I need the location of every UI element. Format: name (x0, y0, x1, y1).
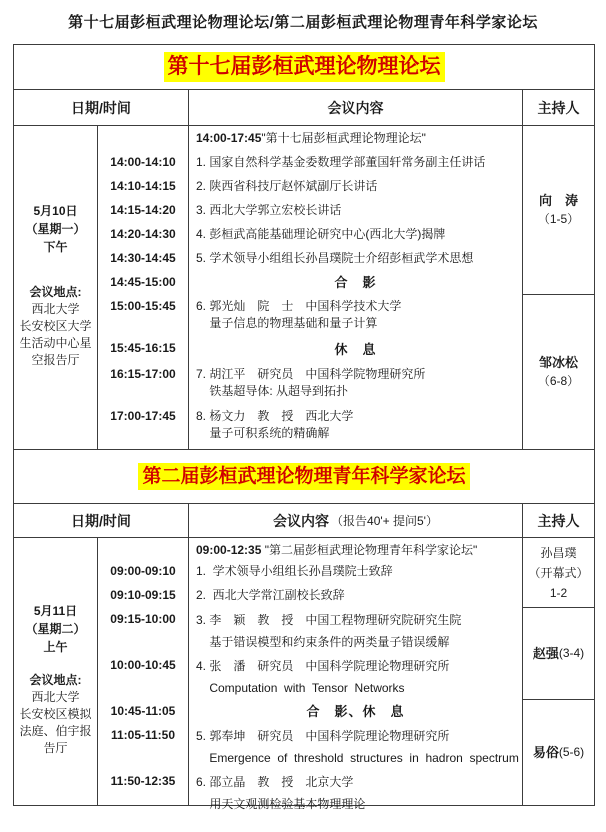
forum2-column-header-row: 日期/时间 会议内容（报告40'+ 提问5'） 主持人 (14, 504, 594, 538)
forum2-date-cell: 5月11日 （星期二） 上午 会议地点: 西北大学 长安校区模拟 法庭、伯宇报 … (14, 538, 98, 805)
agenda-item: 1. 学术领导小组组长孙昌璞院士致辞 (188, 559, 522, 583)
time-cell: 14:45-15:00 (98, 270, 188, 294)
agenda-item: 7. 胡江平 研究员 中国科学院物理研究所 铁基超导体: 从超导到拓扑 (188, 362, 522, 404)
time-cell: 09:15-10:00 (98, 607, 188, 653)
break-photo-rest: 合 影、休 息 (188, 699, 522, 723)
time-cell: 09:10-09:15 (98, 583, 188, 607)
agenda-item: 4. 彭桓武高能基础理论研究中心(西北大学)揭牌 (188, 222, 522, 246)
host-cell-yisu: 易俗(5-6) (522, 699, 594, 805)
agenda-item: 1. 国家自然科学基金委数理学部董国轩常务副主任讲话 (188, 150, 522, 174)
column-header-host: 主持人 (522, 504, 594, 537)
session-date: 5月10日 （星期一） 下午 (14, 202, 97, 256)
time-cell: 14:15-14:20 (98, 198, 188, 222)
page-title: 第十七届彭桓武理论物理论坛/第二届彭桓武理论物理青年科学家论坛 (0, 0, 606, 32)
column-header-host: 主持人 (522, 90, 594, 125)
forum2-title-row: 第二届彭桓武理论物理青年科学家论坛 (14, 450, 594, 504)
time-cell: 09:00-09:10 (98, 559, 188, 583)
conference-program-page: 第十七届彭桓武理论物理论坛/第二届彭桓武理论物理青年科学家论坛 第十七届彭桓武理… (0, 0, 606, 832)
forum17-column-header-row: 日期/时间 会议内容 主持人 (14, 90, 594, 126)
time-cell: 10:45-11:05 (98, 699, 188, 723)
time-cell: 14:10-14:15 (98, 174, 188, 198)
session-venue: 会议地点: 西北大学 长安校区模拟 法庭、伯宇报 告厅 (14, 672, 97, 757)
content-header-note: （报告40'+ 提问5'） (331, 512, 438, 529)
time-cell: 15:45-16:15 (98, 336, 188, 362)
schedule-intro-line: 09:00-12:35 "第二届彭桓武理论物理青年科学家论坛" (188, 538, 522, 559)
agenda-item: 3. 李 颖 教 授 中国工程物理研究院研究生院 基于错误模型和约束条件的两类量… (188, 607, 522, 653)
host-cell-sunchangpu: 孙昌璞 （开幕式） 1-2 (522, 538, 594, 607)
forum17-body: 5月10日 （星期一） 下午 会议地点: 西北大学 长安校区大学 生活动中心星 … (14, 126, 594, 450)
agenda-item: 6. 邵立晶 教 授 北京大学 用天文观测检验基本物理理论 (188, 769, 522, 805)
time-cell: 10:00-10:45 (98, 653, 188, 699)
time-cell: 17:00-17:45 (98, 404, 188, 449)
time-cell: 11:50-12:35 (98, 769, 188, 805)
time-cell: 14:00-14:10 (98, 150, 188, 174)
forum2-title-highlight: 第二届彭桓武理论物理青年科学家论坛 (138, 463, 469, 491)
agenda-item: 5. 郭奉坤 研究员 中国科学院理论物理研究所 Emergence of thr… (188, 723, 522, 769)
session-venue: 会议地点: 西北大学 长安校区大学 生活动中心星 空报告厅 (14, 284, 97, 369)
forum17-date-cell: 5月10日 （星期一） 下午 会议地点: 西北大学 长安校区大学 生活动中心星 … (14, 126, 98, 449)
column-header-datetime: 日期/时间 (14, 504, 188, 537)
agenda-item: 8. 杨文力 教 授 西北大学 量子可积系统的精确解 (188, 404, 522, 449)
agenda-item: 2. 陕西省科技厅赵怀斌副厅长讲话 (188, 174, 522, 198)
schedule-intro-line: 14:00-17:45"第十七届彭桓武理论物理论坛" (188, 126, 522, 150)
host-cell-xiangtao: 向 涛 （1-5） (522, 126, 594, 294)
forum17-title-highlight: 第十七届彭桓武理论物理论坛 (164, 52, 445, 82)
agenda-item: 2. 西北大学常江副校长致辞 (188, 583, 522, 607)
agenda-item: 4. 张 潘 研究员 中国科学院理论物理研究所 Computation with… (188, 653, 522, 699)
schedule-table: 第十七届彭桓武理论物理论坛 日期/时间 会议内容 主持人 5月10日 （星期一）… (13, 44, 595, 806)
break-rest: 休 息 (188, 336, 522, 362)
column-header-content: 会议内容 (188, 90, 522, 125)
session-date: 5月11日 （星期二） 上午 (14, 602, 97, 656)
host-cell-zhaoqiang: 赵强(3-4) (522, 607, 594, 699)
forum17-title-row: 第十七届彭桓武理论物理论坛 (14, 45, 594, 90)
time-cell: 14:20-14:30 (98, 222, 188, 246)
column-header-datetime: 日期/时间 (14, 90, 188, 125)
agenda-item: 5. 学术领导小组组长孙昌璞院士介绍彭桓武学术思想 (188, 246, 522, 270)
agenda-item: 3. 西北大学郭立宏校长讲话 (188, 198, 522, 222)
agenda-item: 6. 郭光灿 院 士 中国科学技术大学 量子信息的物理基础和量子计算 (188, 294, 522, 336)
time-cell: 11:05-11:50 (98, 723, 188, 769)
time-cell: 16:15-17:00 (98, 362, 188, 404)
time-cell: 15:00-15:45 (98, 294, 188, 336)
break-group-photo: 合 影 (188, 270, 522, 294)
time-cell: 14:30-14:45 (98, 246, 188, 270)
forum2-body: 5月11日 （星期二） 上午 会议地点: 西北大学 长安校区模拟 法庭、伯宇报 … (14, 538, 594, 805)
column-header-content: 会议内容（报告40'+ 提问5'） (188, 504, 522, 537)
host-cell-zoubingsong: 邹冰松 （6-8） (522, 294, 594, 449)
